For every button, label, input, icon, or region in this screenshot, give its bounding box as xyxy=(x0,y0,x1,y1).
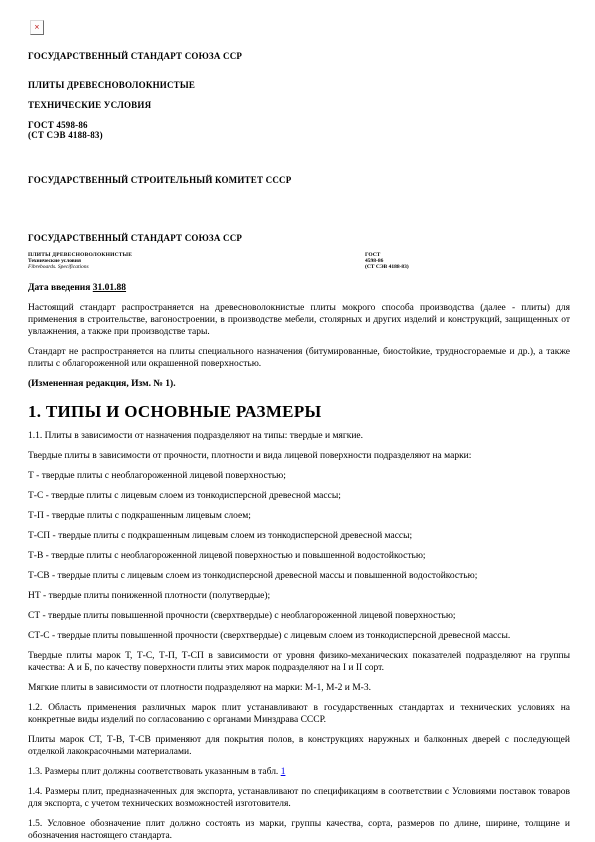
title-block-english: Fibreboards. Specifications xyxy=(28,264,365,270)
mark-item-nt: НТ - твердые плиты пониженной плотности … xyxy=(28,590,570,602)
mark-item-t: Т - твердые плиты с необлагороженной лиц… xyxy=(28,470,570,482)
document-title: ПЛИТЫ ДРЕВЕСНОВОЛОКНИСТЫЕ xyxy=(28,80,570,90)
paragraph-1-3-text: 1.3. Размеры плит должны соответствовать… xyxy=(28,767,281,777)
amendment-note: (Измененная редакция, Изм. № 1). xyxy=(28,378,570,390)
committee-label: ГОСУДАРСТВЕННЫЙ СТРОИТЕЛЬНЫЙ КОМИТЕТ ССС… xyxy=(28,175,570,185)
mark-item-st: СТ - твердые плиты повышенной прочности … xyxy=(28,610,570,622)
title-block-sev-ref: (СТ СЭВ 4188-83) xyxy=(365,264,570,270)
mark-item-t-v: Т-В - твердые плиты с необлагороженной л… xyxy=(28,550,570,562)
document-page: × ГОСУДАРСТВЕННЫЙ СТАНДАРТ СОЮЗА ССР ПЛИ… xyxy=(0,0,595,842)
effective-date-line: Дата введения 31.01.88 xyxy=(28,283,570,293)
paragraph-1-2b: Плиты марок СТ, Т-В, Т-СВ применяют для … xyxy=(28,734,570,758)
paragraph-1-1: 1.1. Плиты в зависимости от назначения п… xyxy=(28,430,570,442)
paragraph-marks-intro: Твердые плиты в зависимости от прочности… xyxy=(28,450,570,462)
paragraph-1-5: 1.5. Условное обозначение плит должно со… xyxy=(28,818,570,842)
paragraph-1-4: 1.4. Размеры плит, предназначенных для э… xyxy=(28,786,570,810)
broken-image-icon: × xyxy=(30,20,44,35)
mark-item-t-sp: Т-СП - твердые плиты с подкрашенным лице… xyxy=(28,530,570,542)
broken-image-x-glyph: × xyxy=(34,23,39,32)
standard-label-top: ГОСУДАРСТВЕННЫЙ СТАНДАРТ СОЮЗА ССР xyxy=(28,51,570,61)
table-1-link[interactable]: 1 xyxy=(281,767,286,777)
intro-paragraph-2: Стандарт не распространяется на плиты сп… xyxy=(28,346,570,370)
paragraph-1-2: 1.2. Область применения различных марок … xyxy=(28,702,570,726)
paragraph-groups: Твердые плиты марок Т, Т-С, Т-П, Т-СП в … xyxy=(28,650,570,674)
standard-label-repeat: ГОСУДАРСТВЕННЫЙ СТАНДАРТ СОЮЗА ССР xyxy=(28,233,570,243)
gost-number: ГОСТ 4598-86 xyxy=(28,120,570,130)
paragraph-1-3: 1.3. Размеры плит должны соответствовать… xyxy=(28,766,570,778)
intro-paragraph-1: Настоящий стандарт распространяется на д… xyxy=(28,302,570,338)
mark-item-st-s: СТ-С - твердые плиты повышенной прочност… xyxy=(28,630,570,642)
mark-item-t-sv: Т-СВ - твердые плиты с лицевым слоем из … xyxy=(28,570,570,582)
title-block-left: ПЛИТЫ ДРЕВЕСНОВОЛОКНИСТЫЕ Технические ус… xyxy=(28,252,365,270)
mark-item-t-s: Т-С - твердые плиты с лицевым слоем из т… xyxy=(28,490,570,502)
mark-item-t-p: Т-П - твердые плиты с подкрашенным лицев… xyxy=(28,510,570,522)
section-1-heading: 1. ТИПЫ И ОСНОВНЫЕ РАЗМЕРЫ xyxy=(28,402,570,422)
title-block: ПЛИТЫ ДРЕВЕСНОВОЛОКНИСТЫЕ Технические ус… xyxy=(28,252,570,270)
title-block-right: ГОСТ 4598-86 (СТ СЭВ 4188-83) xyxy=(365,252,570,270)
effective-date-label: Дата введения xyxy=(28,283,90,293)
effective-date-value: 31.01.88 xyxy=(93,283,126,293)
sev-reference: (СТ СЭВ 4188-83) xyxy=(28,130,570,140)
paragraph-soft-marks: Мягкие плиты в зависимости от плотности … xyxy=(28,682,570,694)
document-subtitle: ТЕХНИЧЕСКИЕ УСЛОВИЯ xyxy=(28,100,570,110)
